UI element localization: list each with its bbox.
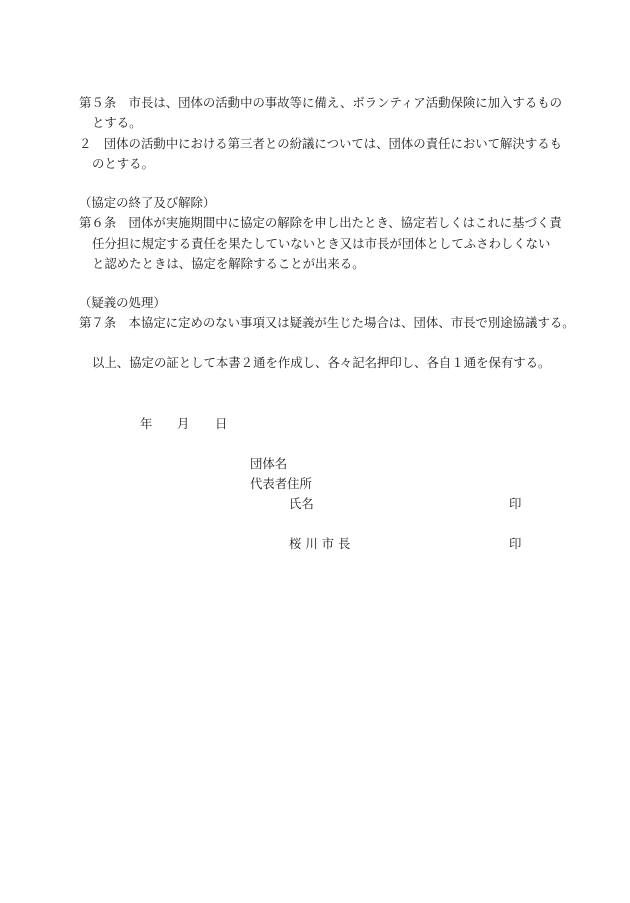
article-6-line-3: と認めたときは、協定を解除することが出来る。 xyxy=(92,257,365,271)
date-month: 月 xyxy=(177,417,189,431)
date-day: 日 xyxy=(215,417,227,431)
date-year: 年 xyxy=(140,417,152,431)
article-5-para-2-line-2: のとする。 xyxy=(92,157,154,171)
rep-address-label: 代表者住所 xyxy=(250,477,312,491)
seal-mark-2: 印 xyxy=(509,537,521,551)
article-7-line-1: 第７条 本協定に定めのない事項又は疑義が生じた場合は、団体、市長で別途協議する。 xyxy=(79,316,575,330)
article-5-line-1: 第５条 市長は、団体の活動中の事故等に備え、ボランティア活動保険に加入するもの xyxy=(79,96,562,110)
mayor-label: 桜 川 市 長 xyxy=(289,537,350,551)
article-7-heading: （疑義の処理） xyxy=(79,296,166,310)
seal-mark-1: 印 xyxy=(509,497,521,511)
org-name-label: 団体名 xyxy=(250,457,287,471)
closing-statement: 以上、協定の証として本書２通を作成し、各々記名押印し、各自１通を保有する。 xyxy=(92,356,550,370)
article-5-para-2-line-1: ２ 団体の活動中における第三者との紛議については、団体の責任において解決するも xyxy=(79,137,562,151)
article-6-line-1: 第６条 団体が実施期間中に協定の解除を申し出たとき、協定若しくはこれに基づく責 xyxy=(79,216,562,230)
name-label: 氏名 xyxy=(289,497,314,511)
article-5-line-2: とする。 xyxy=(92,116,142,130)
article-6-line-2: 任分担に規定する責任を果たしていないとき又は市長が団体としてふさわしくない xyxy=(92,237,550,251)
article-6-heading: （協定の終了及び解除） xyxy=(79,196,215,210)
